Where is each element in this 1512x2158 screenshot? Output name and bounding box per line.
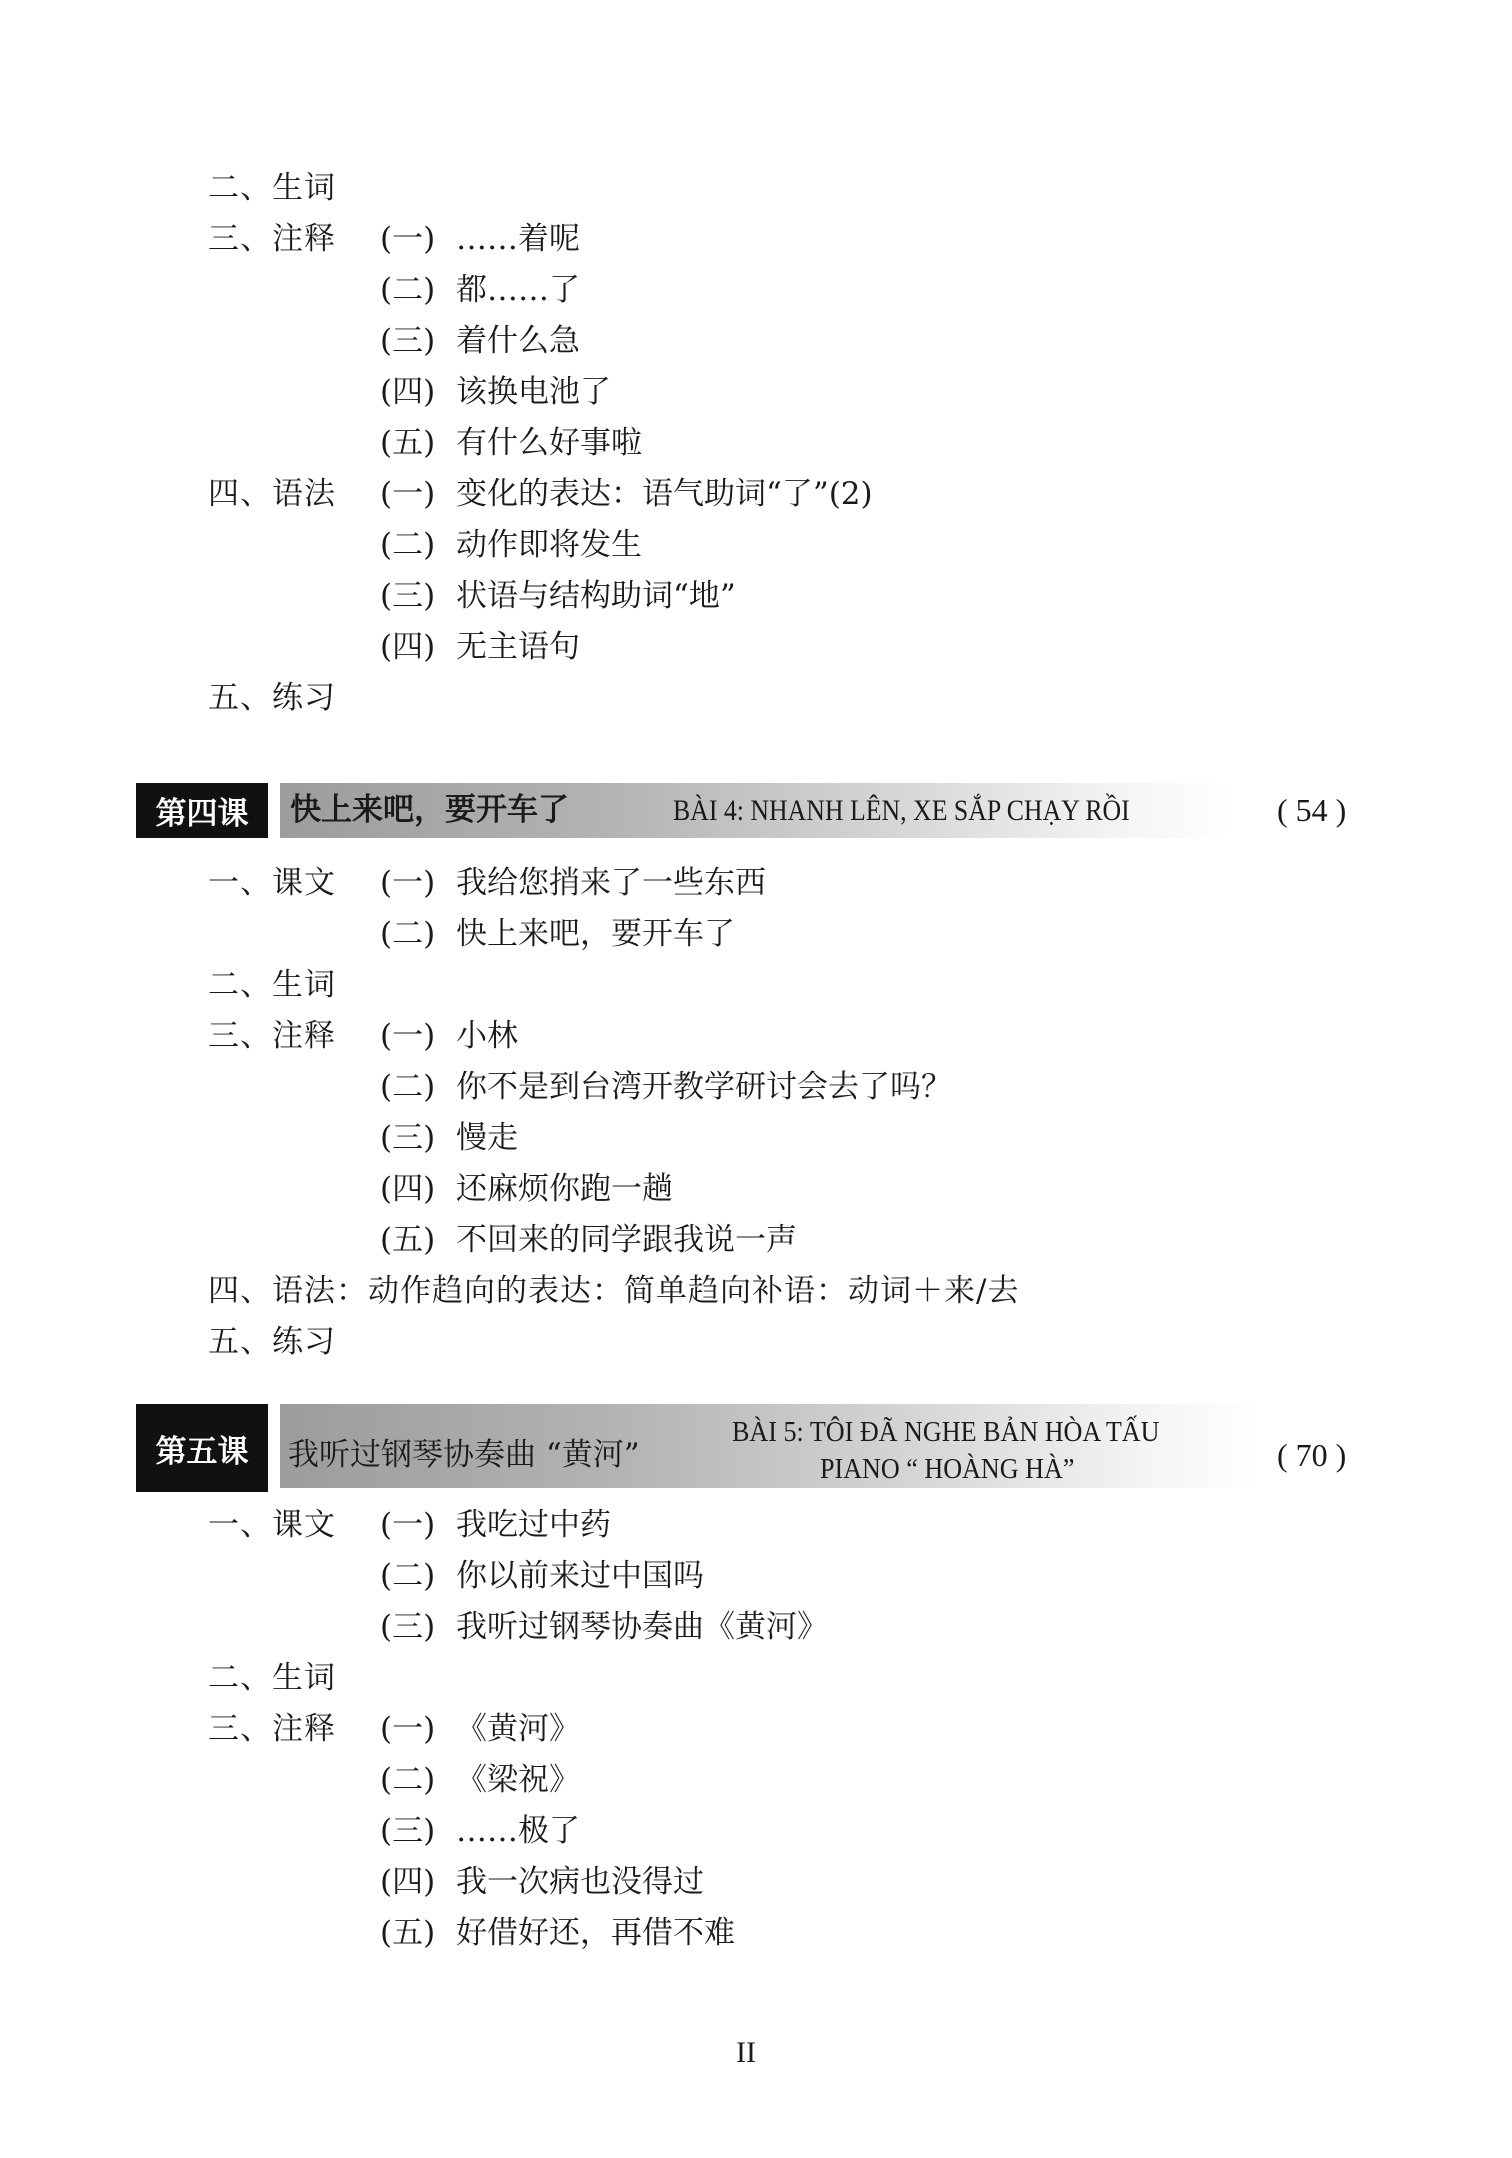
section-label: 五、练习 bbox=[208, 1322, 336, 1362]
sub-item-text: 你不是到台湾开教学研讨会去了吗？ bbox=[456, 1067, 952, 1107]
sub-item-number: (三) bbox=[380, 576, 456, 616]
section-label: 一、课文 bbox=[208, 1505, 336, 1545]
sub-item[interactable]: (一)小林 bbox=[380, 1016, 518, 1056]
sub-item-text: 还麻烦你跑一趟 bbox=[456, 1169, 673, 1209]
sub-item[interactable]: (四)我一次病也没得过 bbox=[380, 1862, 704, 1902]
lesson-title-vietnamese: BÀI 4: NHANH LÊN, XE SẮP CHẠY RỒI bbox=[673, 791, 1130, 831]
sub-item: (二)动作即将发生 bbox=[380, 525, 642, 565]
sub-item-text: 都……了 bbox=[456, 270, 580, 310]
sub-item: (三)状语与结构助词“地” bbox=[380, 576, 736, 616]
sub-item-text: 小林 bbox=[456, 1016, 518, 1056]
table-of-contents-page: 二、生词 三、注释 (一)……着呢 (二)都……了 (三)着什么急 (四)该换电… bbox=[0, 0, 1512, 2158]
sub-item[interactable]: (一)《黄河》 bbox=[380, 1709, 580, 1749]
sub-item-number: (二) bbox=[380, 270, 456, 310]
sub-item-text: 好借好还，再借不难 bbox=[456, 1913, 735, 1953]
sub-item-number: (一) bbox=[380, 474, 456, 514]
sub-item[interactable]: (五)不回来的同学跟我说一声 bbox=[380, 1220, 797, 1260]
sub-item-number: (五) bbox=[380, 1220, 456, 1260]
sub-item[interactable]: (三)慢走 bbox=[380, 1118, 518, 1158]
sub-item: (一)……着呢 bbox=[380, 219, 580, 259]
sub-item-text: ……着呢 bbox=[456, 219, 580, 259]
section-label: 五、练习 bbox=[208, 678, 336, 718]
section-label: 二、生词 bbox=[208, 168, 336, 208]
sub-item-text: 《梁祝》 bbox=[456, 1760, 580, 1800]
sub-item-text: 你以前来过中国吗 bbox=[456, 1556, 704, 1596]
sub-item-number: (一) bbox=[380, 1505, 456, 1545]
section-label: 四、语法：动作趋向的表达：简单趋向补语：动词＋来/去 bbox=[208, 1271, 1019, 1311]
sub-item-text: 该换电池了 bbox=[456, 372, 611, 412]
sub-item-number: (三) bbox=[380, 321, 456, 361]
sub-item-text: 动作即将发生 bbox=[456, 525, 642, 565]
sub-item-text: 变化的表达：语气助词“了”(2) bbox=[456, 474, 873, 514]
sub-item-text: 快上来吧，要开车了 bbox=[456, 914, 735, 954]
sub-item-text: 无主语句 bbox=[456, 627, 580, 667]
lesson-4-header[interactable]: 第四课 快上来吧，要开车了 BÀI 4: NHANH LÊN, XE SẮP C… bbox=[136, 783, 1376, 838]
section-label: 三、注释 bbox=[208, 1709, 336, 1749]
sub-item-number: (二) bbox=[380, 525, 456, 565]
lesson-title-chinese: 快上来吧，要开车了 bbox=[290, 790, 569, 830]
sub-item-text: 我给您捎来了一些东西 bbox=[456, 863, 766, 903]
sub-item-number: (五) bbox=[380, 423, 456, 463]
sub-item[interactable]: (二)你以前来过中国吗 bbox=[380, 1556, 704, 1596]
page-number-footer: II bbox=[736, 2036, 756, 2070]
sub-item[interactable]: (二)快上来吧，要开车了 bbox=[380, 914, 735, 954]
sub-item-number: (二) bbox=[380, 1556, 456, 1596]
sub-item-number: (一) bbox=[380, 863, 456, 903]
lesson-page-number: ( 70 ) bbox=[1277, 1435, 1346, 1475]
sub-item: (五)有什么好事啦 bbox=[380, 423, 642, 463]
sub-item[interactable]: (三)我听过钢琴协奏曲《黄河》 bbox=[380, 1607, 828, 1647]
sub-item[interactable]: (一)我吃过中药 bbox=[380, 1505, 611, 1545]
sub-item-text: 《黄河》 bbox=[456, 1709, 580, 1749]
sub-item-text: ……极了 bbox=[456, 1811, 580, 1851]
sub-item-number: (四) bbox=[380, 1169, 456, 1209]
lesson-title-chinese: 我听过钢琴协奏曲 “黄河” bbox=[288, 1435, 640, 1475]
sub-item[interactable]: (二)《梁祝》 bbox=[380, 1760, 580, 1800]
sub-item: (四)无主语句 bbox=[380, 627, 580, 667]
sub-item-number: (二) bbox=[380, 1067, 456, 1107]
section-label: 二、生词 bbox=[208, 965, 336, 1005]
lesson-page-number: ( 54 ) bbox=[1277, 790, 1346, 830]
sub-item[interactable]: (四)还麻烦你跑一趟 bbox=[380, 1169, 673, 1209]
sub-item-number: (一) bbox=[380, 1016, 456, 1056]
sub-item-text: 我吃过中药 bbox=[456, 1505, 611, 1545]
sub-item-text: 慢走 bbox=[456, 1118, 518, 1158]
sub-item: (二)都……了 bbox=[380, 270, 580, 310]
section-label: 一、课文 bbox=[208, 863, 336, 903]
sub-item-text: 我听过钢琴协奏曲《黄河》 bbox=[456, 1607, 828, 1647]
sub-item-number: (二) bbox=[380, 1760, 456, 1800]
section-label: 二、生词 bbox=[208, 1658, 336, 1698]
sub-item: (三)着什么急 bbox=[380, 321, 580, 361]
section-label: 四、语法 bbox=[208, 474, 336, 514]
sub-item[interactable]: (三)……极了 bbox=[380, 1811, 580, 1851]
lesson-5-header[interactable]: 第五课 我听过钢琴协奏曲 “黄河” BÀI 5: TÔI ĐÃ NGHE BẢN… bbox=[136, 1404, 1376, 1492]
sub-item-number: (五) bbox=[380, 1913, 456, 1953]
lesson-title-bar: 快上来吧，要开车了 BÀI 4: NHANH LÊN, XE SẮP CHẠY … bbox=[280, 783, 1230, 838]
sub-item-text: 状语与结构助词“地” bbox=[456, 576, 736, 616]
section-label: 三、注释 bbox=[208, 219, 336, 259]
sub-item-number: (四) bbox=[380, 372, 456, 412]
sub-item-number: (三) bbox=[380, 1607, 456, 1647]
sub-item[interactable]: (二)你不是到台湾开教学研讨会去了吗？ bbox=[380, 1067, 952, 1107]
sub-item-number: (四) bbox=[380, 627, 456, 667]
sub-item-number: (一) bbox=[380, 1709, 456, 1749]
lesson-title-bar: 我听过钢琴协奏曲 “黄河” BÀI 5: TÔI ĐÃ NGHE BẢN HÒA… bbox=[280, 1404, 1260, 1488]
sub-item-number: (三) bbox=[380, 1811, 456, 1851]
sub-item[interactable]: (五)好借好还，再借不难 bbox=[380, 1913, 735, 1953]
sub-item-number: (三) bbox=[380, 1118, 456, 1158]
sub-item: (四)该换电池了 bbox=[380, 372, 611, 412]
lesson-title-vietnamese-line-2: PIANO “ HOÀNG HÀ” bbox=[820, 1452, 1074, 1486]
sub-item-text: 有什么好事啦 bbox=[456, 423, 642, 463]
sub-item-text: 不回来的同学跟我说一声 bbox=[456, 1220, 797, 1260]
sub-item[interactable]: (一)我给您捎来了一些东西 bbox=[380, 863, 766, 903]
lesson-title-vietnamese-line-1: BÀI 5: TÔI ĐÃ NGHE BẢN HÒA TẤU bbox=[732, 1415, 1160, 1449]
sub-item-number: (二) bbox=[380, 914, 456, 954]
sub-item-number: (一) bbox=[380, 219, 456, 259]
sub-item: (一)变化的表达：语气助词“了”(2) bbox=[380, 474, 873, 514]
sub-item-number: (四) bbox=[380, 1862, 456, 1902]
section-label: 三、注释 bbox=[208, 1016, 336, 1056]
sub-item-text: 着什么急 bbox=[456, 321, 580, 361]
lesson-number-badge: 第五课 bbox=[136, 1404, 268, 1492]
sub-item-text: 我一次病也没得过 bbox=[456, 1862, 704, 1902]
lesson-number-badge: 第四课 bbox=[136, 783, 268, 838]
